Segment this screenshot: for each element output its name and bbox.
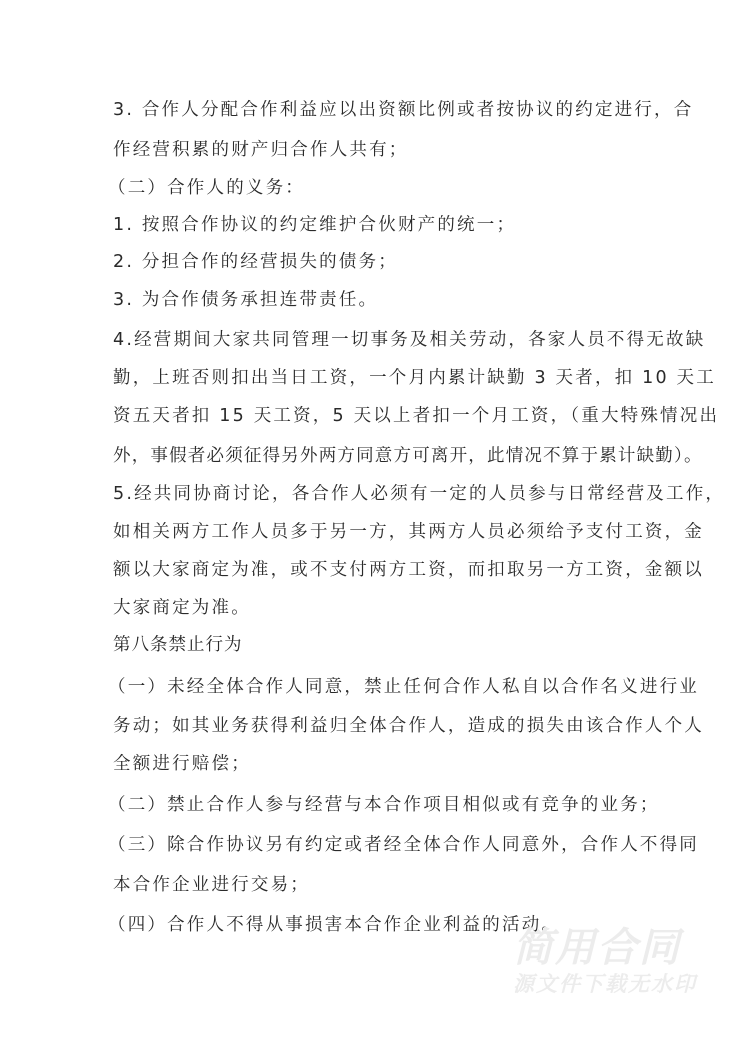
text-line: 3. 为合作债务承担连带责任。	[113, 289, 378, 311]
watermark-title: 简用合同	[513, 916, 681, 973]
document-page: 3. 合作人分配合作利益应以出资额比例或者按协议的约定进行，合 作经营积累的财产…	[0, 0, 742, 1049]
text-line: 勤，上班否则扣出当日工资，一个月内累计缺勤 3 天者，扣 10 天工	[113, 367, 716, 389]
text-line: 1. 按照合作协议的约定维护合伙财产的统一；	[113, 214, 516, 236]
article-heading: 第八条禁止行为	[113, 634, 243, 656]
text-line: 5.经共同协商讨论，各合作人必须有一定的人员参与日常经营及工作，	[113, 483, 725, 505]
text-line: （三）除合作协议另有约定或者经全体合作人同意外，合作人不得同	[108, 834, 699, 856]
text-line: 大家商定为准。	[113, 597, 251, 619]
text-line: 如相关两方工作人员多于另一方，其两方人员必须给予支付工资，金	[113, 521, 704, 543]
text-line: 外，事假者必须征得另外两方同意方可离开，此情况不算于累计缺勤）。	[113, 445, 703, 467]
text-line: 3. 合作人分配合作利益应以出资额比例或者按协议的约定进行，合	[113, 99, 693, 121]
text-line: 2. 分担合作的经营损失的债务；	[113, 251, 398, 273]
watermark-subtitle: 源文件下载无水印	[513, 968, 697, 998]
text-line: 作经营积累的财产归合作人共有；	[113, 139, 409, 161]
text-line: （四）合作人不得从事损害本合作企业利益的活动。	[108, 914, 561, 936]
text-line: 4.经营期间大家共同管理一切事务及相关劳动，各家人员不得无故缺	[113, 329, 705, 351]
text-line: 务动；如其业务获得利益归全体合作人，造成的损失由该合作人个人	[113, 715, 704, 737]
text-line: 全额进行赔偿；	[113, 753, 251, 775]
text-line: 资五天者扣 15 天工资，5 天以上者扣一个月工资，（重大特殊情况出	[113, 405, 719, 427]
text-line: （一）未经全体合作人同意，禁止任何合作人私自以合作名义进行业	[108, 676, 699, 698]
text-line: 额以大家商定为准，或不支付两方工资，而扣取另一方工资，金额以	[113, 559, 704, 581]
text-line: （二）禁止合作人参与经营与本合作项目相似或有竞争的业务；	[108, 794, 660, 816]
section-heading: （二）合作人的义务：	[108, 177, 305, 199]
text-line: 本合作企业进行交易；	[113, 874, 310, 896]
